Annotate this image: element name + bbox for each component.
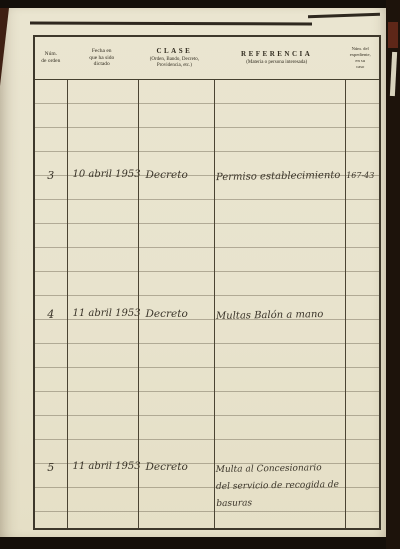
header-referencia-title: REFERENCIA (241, 50, 312, 59)
header-num-orden-line2: de orden (41, 58, 60, 65)
register-table: Núm. de orden Fecha en que ha sido dicta… (33, 35, 381, 530)
header-expediente: Núm. del expediente, en su caso (341, 37, 379, 79)
column-divider (138, 80, 139, 528)
table-row: 5 11 abril 1953 Decreto Multa al Concesi… (35, 461, 379, 512)
header-fecha-line2: que ha sido (89, 55, 114, 62)
row-reference: Multas Balón a mano (212, 308, 341, 323)
register-page: Núm. de orden Fecha en que ha sido dicta… (0, 8, 387, 537)
row-date: 11 abril 1953 (67, 461, 138, 512)
row-reference: Permiso establecimiento (212, 169, 341, 184)
photo-edge-bottom (0, 537, 400, 549)
header-fecha: Fecha en que ha sido dictado (67, 37, 137, 79)
header-num-orden: Núm. de orden (35, 37, 67, 79)
table-row: 4 11 abril 1953 Decreto Multas Balón a m… (35, 308, 379, 323)
row-date: 11 abril 1953 (67, 308, 138, 323)
binding-red-accent (388, 22, 398, 48)
row-order-number: 3 (35, 169, 67, 184)
row-file-number (342, 461, 379, 512)
row-class: Decreto (138, 461, 213, 512)
scanned-register-photo: Núm. de orden Fecha en que ha sido dicta… (0, 0, 400, 549)
row-reference-line2: del servicio de recogida de basuras (216, 480, 339, 509)
row-class: Decreto (138, 308, 213, 323)
row-reference-text: Permiso establecimiento (216, 168, 341, 185)
header-referencia-sub: (Materia o persona interesada) (246, 60, 307, 66)
column-divider (345, 80, 346, 528)
column-divider (67, 80, 68, 528)
header-clase: CLASE (Orden, Bando, Decreto, Providenci… (137, 37, 212, 79)
row-file-number (342, 308, 379, 323)
row-reference-line1: Multa al Concesionario (216, 463, 322, 475)
photo-edge-top (0, 0, 400, 8)
row-reference-text: Multas Balón a mano (216, 307, 324, 324)
row-reference: Multa al Concesionario del servicio de r… (212, 460, 342, 513)
row-file-number: 167-43 (342, 169, 379, 184)
row-date: 10 abril 1953 (67, 169, 138, 184)
row-class: Decreto (138, 169, 213, 184)
printed-top-rule-left (30, 22, 312, 26)
header-fecha-line3: dictado (94, 61, 110, 68)
printed-top-rule-right (308, 13, 380, 19)
header-referencia: REFERENCIA (Materia o persona interesada… (212, 37, 342, 79)
table-header-row: Núm. de orden Fecha en que ha sido dicta… (35, 37, 379, 80)
table-body-ruled-area: 3 10 abril 1953 Decreto Permiso establec… (35, 80, 379, 528)
header-expediente-line4: caso (356, 64, 364, 70)
column-divider (214, 80, 215, 528)
header-fecha-line1: Fecha en (92, 48, 112, 55)
header-num-orden-line1: Núm. (45, 51, 57, 58)
header-clase-title: CLASE (156, 47, 192, 56)
row-order-number: 4 (35, 308, 67, 323)
header-clase-sub2: Providencia, etc.) (157, 63, 192, 69)
table-row: 3 10 abril 1953 Decreto Permiso establec… (35, 169, 379, 184)
row-order-number: 5 (35, 461, 67, 512)
